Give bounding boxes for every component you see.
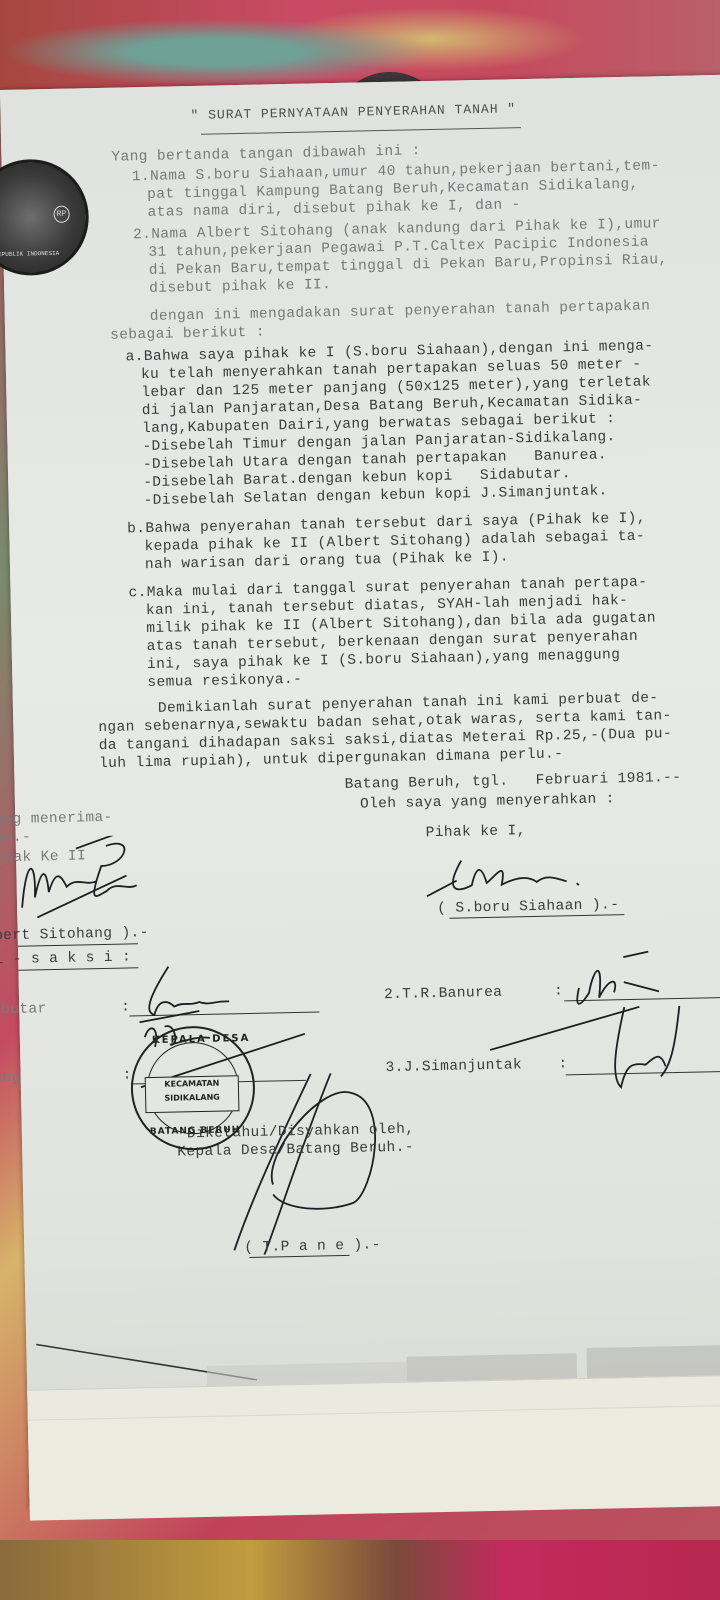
background-fabric-bottom	[0, 1540, 720, 1600]
witness-3-signature	[584, 995, 706, 1097]
paper-fold-lower	[28, 1404, 720, 1520]
stamp-rp-mark: RP	[53, 206, 69, 223]
village-head-name: ( T.P a n e ).-	[244, 1237, 381, 1256]
document-page: RP REPUBLIK INDONESIA " SURAT PERNYATAAN…	[0, 75, 720, 1510]
stamp-text: REPUBLIK INDONESIA	[0, 250, 59, 258]
giver-signature	[416, 842, 617, 906]
receiver-signature	[16, 834, 178, 927]
village-head-stamp: KEPALA DESA KECAMATAN SIDIKALANG BATANG …	[130, 1025, 257, 1152]
